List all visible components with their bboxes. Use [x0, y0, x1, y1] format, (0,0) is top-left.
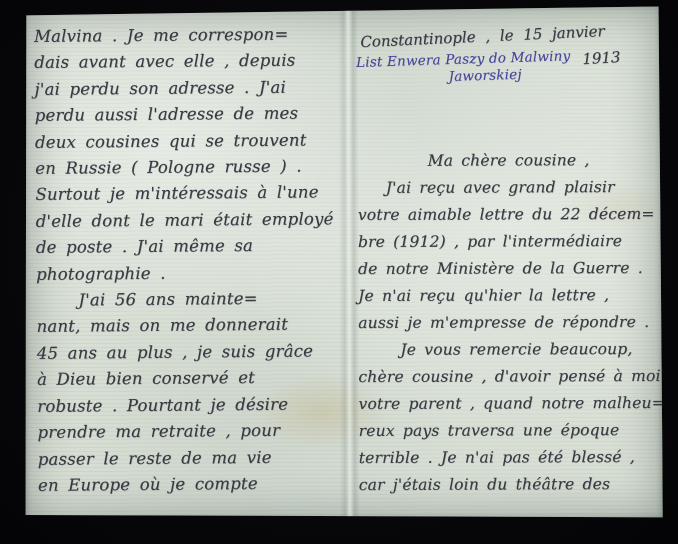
manuscript-line: votre parent , quand notre malheu= — [358, 390, 658, 418]
letter-sheet: Malvina . Je me correspon= dais avant av… — [23, 5, 663, 521]
manuscript-line: J'ai reçu avec grand plaisir — [358, 174, 658, 202]
archivist-annotation: List Enwera Paszy do Malwiny Jaworskiej — [356, 48, 571, 89]
manuscript-line: à Dieu bien conservé et — [37, 364, 341, 393]
manuscript-line: de notre Ministère de la Guerre . — [358, 255, 658, 283]
manuscript-line: en Russie ( Pologne russe ) . — [35, 153, 339, 182]
manuscript-line: en Europe où je compte — [38, 470, 342, 499]
manuscript-line: Je n'ai reçu qu'hier la lettre , — [358, 282, 658, 310]
manuscript-line: j'ai perdu son adresse . J'ai — [34, 74, 338, 103]
manuscript-line: aussi je m'empresse de répondre . — [358, 309, 658, 337]
letter-body: Ma chère cousine , J'ai reçu avec grand … — [358, 147, 659, 499]
manuscript-line: deux cousines qui se trouvent — [35, 127, 339, 156]
manuscript-line: dais avant avec elle , depuis — [34, 48, 338, 77]
manuscript-line: prendre ma retraite , pour — [37, 417, 341, 446]
manuscript-line: passer le reste de ma vie — [38, 444, 342, 473]
dateline: Constantinople , le 15 janvier — [360, 19, 657, 52]
manuscript-line: Je vous remercie beaucoup, — [358, 336, 658, 364]
manuscript-line: car j'étais loin du théâtre des — [359, 471, 659, 499]
manuscript-line: reux pays traversa une époque — [359, 417, 659, 445]
manuscript-line: photographie . — [36, 259, 340, 288]
manuscript-line: terrible . Je n'ai pas été blessé , — [359, 444, 659, 472]
manuscript-line: de poste . J'ai même sa — [36, 232, 340, 261]
letter-page-right: Constantinople , le 15 janvier 1913 List… — [354, 5, 657, 6]
manuscript-line: nant, mais on me donnerait — [36, 312, 340, 341]
manuscript-line: perdu aussi l'adresse de mes — [35, 100, 339, 129]
manuscript-line: 45 ans au plus , je suis grâce — [37, 338, 341, 367]
manuscript-line: votre aimable lettre du 22 décem= — [358, 201, 658, 229]
manuscript-line: J'ai 56 ans mainte= — [36, 285, 340, 314]
manuscript-line: d'elle dont le mari était employé — [36, 206, 340, 235]
manuscript-line: Surtout je m'intéressais à l'une — [35, 180, 339, 209]
manuscript-line: chère cousine , d'avoir pensé à moi , — [358, 363, 658, 391]
dateline-year: 1913 — [582, 48, 621, 68]
manuscript-line: Malvina . Je me correspon= — [34, 21, 338, 50]
manuscript-line: robuste . Pourtant je désire — [37, 391, 341, 420]
salutation: Ma chère cousine , — [428, 147, 658, 175]
manuscript-line: bre (1912) , par l'intermédiaire — [358, 228, 658, 256]
letter-photo: Malvina . Je me correspon= dais avant av… — [0, 0, 678, 544]
letter-page-left: Malvina . Je me correspon= dais avant av… — [34, 21, 342, 499]
annotation-line: Jaworskiej — [448, 65, 571, 86]
